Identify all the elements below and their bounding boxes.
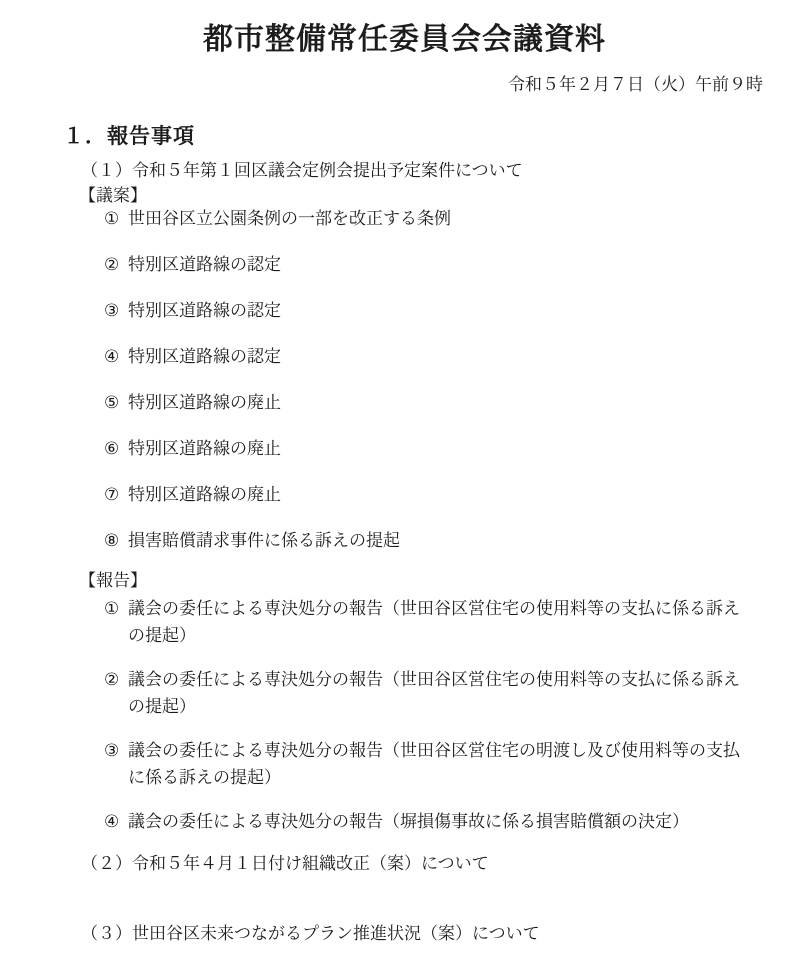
reports-header: 【報告】 (79, 570, 809, 592)
item-marker: ③ (104, 300, 128, 322)
report-item-text: 議会の委任による専決処分の報告（世田谷区営住宅の明渡し及び使用料等の支払 に係る… (128, 737, 740, 791)
report-item-text: 議会の委任による専決処分の報告（世田谷区営住宅の使用料等の支払に係る訴え の提起… (128, 595, 740, 649)
item-marker: ① (104, 208, 128, 230)
report-item: ① 議会の委任による専決処分の報告（世田谷区営住宅の使用料等の支払に係る訴え の… (104, 595, 809, 649)
report-item-text: 議会の委任による専決処分の報告（塀損傷事故に係る損害賠償額の決定） (128, 808, 689, 835)
item-marker: ⑦ (104, 484, 128, 506)
bill-item: ② 特別区道路線の認定 (104, 254, 809, 276)
bill-item: ① 世田谷区立公園条例の一部を改正する条例 (104, 208, 809, 230)
report-item: ④ 議会の委任による専決処分の報告（塀損傷事故に係る損害賠償額の決定） (104, 808, 809, 835)
item-marker: ⑤ (104, 392, 128, 414)
reports-list: ① 議会の委任による専決処分の報告（世田谷区営住宅の使用料等の支払に係る訴え の… (0, 595, 809, 835)
bill-item: ⑤ 特別区道路線の廃止 (104, 392, 809, 414)
bill-item-text: 損害賠償請求事件に係る訴えの提起 (128, 530, 400, 552)
document-page: 都市整備常任委員会会議資料 令和５年２月７日（火）午前９時 １．報告事項 （１）… (0, 0, 809, 960)
item-marker: ② (104, 254, 128, 276)
bill-item: ⑦ 特別区道路線の廃止 (104, 484, 809, 506)
bills-header: 【議案】 (79, 185, 809, 207)
meeting-datetime: 令和５年２月７日（火）午前９時 (0, 74, 763, 96)
bill-item-text: 特別区道路線の廃止 (128, 484, 281, 506)
report-item: ③ 議会の委任による専決処分の報告（世田谷区営住宅の明渡し及び使用料等の支払 に… (104, 737, 809, 791)
bill-item: ⑧ 損害賠償請求事件に係る訴えの提起 (104, 530, 809, 552)
bill-item-text: 特別区道路線の廃止 (128, 438, 281, 460)
bill-item: ⑥ 特別区道路線の廃止 (104, 438, 809, 460)
bill-item-text: 特別区道路線の廃止 (128, 392, 281, 414)
item-marker: ③ (104, 737, 128, 791)
agenda-item-2-label: （２）令和５年４月１日付け組織改正（案）について (81, 852, 809, 875)
item-marker: ④ (104, 346, 128, 368)
item-marker: ④ (104, 808, 128, 835)
page-title: 都市整備常任委員会会議資料 (0, 20, 809, 60)
report-item-text: 議会の委任による専決処分の報告（世田谷区営住宅の使用料等の支払に係る訴え の提起… (128, 666, 740, 720)
item-marker: ② (104, 666, 128, 720)
bill-item-text: 特別区道路線の認定 (128, 254, 281, 276)
bill-item-text: 世田谷区立公園条例の一部を改正する条例 (128, 208, 451, 230)
agenda-item-3-label: （３）世田谷区未来つながるプラン推進状況（案）について (81, 922, 809, 945)
section-1-heading: １．報告事項 (63, 122, 809, 150)
item-marker: ① (104, 595, 128, 649)
bill-item: ④ 特別区道路線の認定 (104, 346, 809, 368)
bills-list: ① 世田谷区立公園条例の一部を改正する条例 ② 特別区道路線の認定 ③ 特別区道… (0, 208, 809, 552)
bill-item-text: 特別区道路線の認定 (128, 300, 281, 322)
bill-item: ③ 特別区道路線の認定 (104, 300, 809, 322)
agenda-item-1-label: （１）令和５年第１回区議会定例会提出予定案件について (81, 159, 809, 182)
item-marker: ⑧ (104, 530, 128, 552)
item-marker: ⑥ (104, 438, 128, 460)
report-item: ② 議会の委任による専決処分の報告（世田谷区営住宅の使用料等の支払に係る訴え の… (104, 666, 809, 720)
bill-item-text: 特別区道路線の認定 (128, 346, 281, 368)
